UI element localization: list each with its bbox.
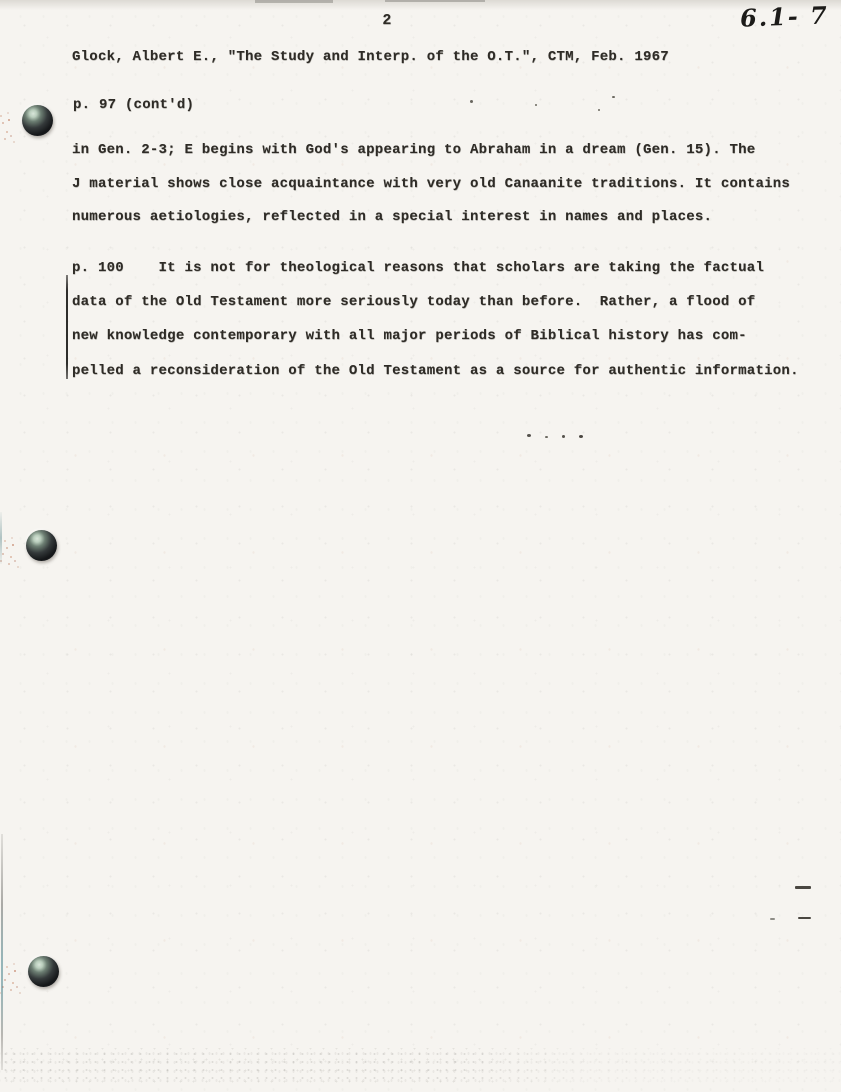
scan-left-edge-line [1, 834, 3, 1070]
scan-speck [612, 96, 615, 98]
handwritten-corner-annotation: 6.1- 7 [740, 0, 831, 32]
scan-speck [598, 109, 600, 111]
paragraph-p100: p. 100 It is not for theological reasons… [72, 251, 799, 388]
scan-speck [535, 104, 537, 106]
hole-punch-bottom [28, 956, 59, 987]
hole-punch-middle [26, 530, 57, 561]
page-number: 2 [372, 12, 402, 29]
scan-speck [562, 435, 565, 438]
scan-left-edge-line [0, 512, 2, 564]
scan-streak [385, 0, 485, 2]
citation-line: Glock, Albert E., "The Study and Interp.… [72, 49, 669, 65]
scan-streak [255, 0, 333, 3]
paragraph-p97-continuation: in Gen. 2-3; E begins with God's appeari… [72, 134, 790, 235]
scan-speck [470, 100, 473, 103]
scanned-document-page: 2 6.1- 7 Glock, Albert E., "The Study an… [0, 0, 841, 1092]
scan-dash [770, 918, 775, 920]
continuation-heading: p. 97 (cont'd) [73, 97, 194, 113]
scan-dash [798, 917, 811, 919]
scan-dash [795, 886, 811, 889]
scan-bottom-noise [0, 1048, 841, 1084]
hole-punch-top [22, 105, 53, 136]
scan-speck [579, 435, 583, 438]
scan-speck [527, 434, 531, 437]
margin-line-annotation [66, 275, 68, 379]
scan-speck [545, 436, 548, 438]
